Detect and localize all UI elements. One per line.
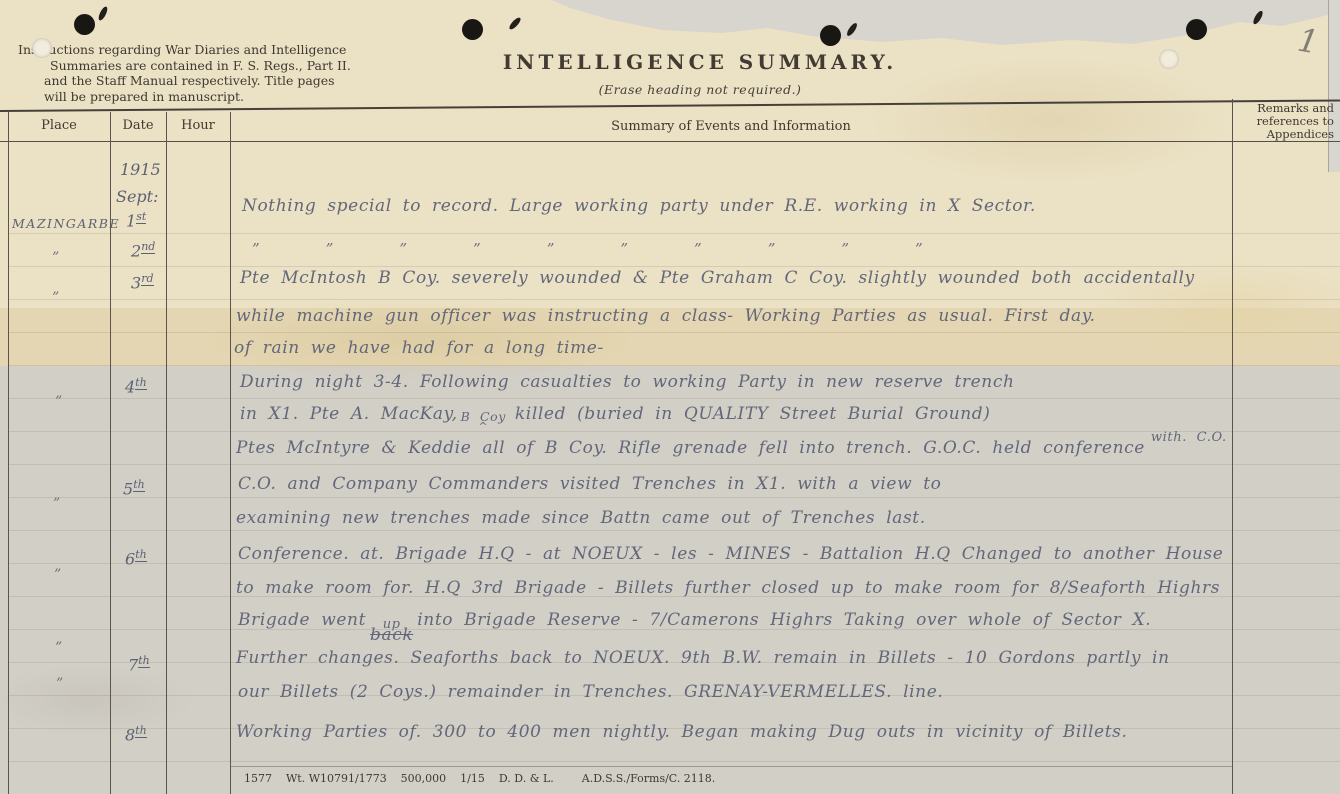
date-entry: 2nd — [131, 241, 155, 260]
column-header-remarks: Remarks and references to Appendices — [1236, 102, 1334, 141]
place-ditto: ” — [53, 496, 60, 512]
diary-entry-sept6: Conference. at. Brigade H.Q - at NOEUX -… — [238, 544, 1223, 564]
diary-entry-sept4: in X1. Pte A. MacKay,B Coy^killed (burie… — [240, 404, 991, 432]
date-entry: 3rd — [131, 273, 154, 292]
instructions-line: Summaries are contained in F. S. Regs., … — [50, 58, 398, 74]
place-ditto: ” — [55, 640, 62, 656]
remarks-line: Appendices — [1236, 128, 1334, 141]
hole-punch-mark — [1186, 19, 1207, 40]
place-ditto: ” — [56, 676, 63, 692]
correction: upback — [370, 619, 413, 641]
insertion-text: with. C.O. — [1151, 430, 1227, 445]
diary-entry-sept5: examining new trenches made since Battn … — [236, 508, 926, 528]
punched-hole — [1159, 49, 1179, 69]
place-ditto: ” — [55, 394, 62, 410]
instructions-line: will be prepared in manuscript. — [44, 89, 398, 105]
form-imprint: 1577 Wt. W10791/1773 500,000 1/15 D. D. … — [244, 772, 715, 785]
date-suffix: th — [135, 548, 147, 562]
place-entry: MAZINGARBE — [12, 216, 120, 231]
date-num: 5 — [123, 479, 133, 498]
diary-entry-sept2-dittos: ” ” ” ” ” ” ” ” ” ” — [252, 240, 923, 258]
diary-entry-sept7: Further changes. Seaforths back to NOEUX… — [236, 648, 1170, 668]
footer-rule — [230, 766, 1232, 767]
ditto-mark: ” — [399, 240, 407, 258]
date-num: 4 — [125, 377, 135, 396]
date-num: 2 — [131, 241, 141, 260]
diary-entry-sept6: to make room for. H.Q 3rd Brigade - Bill… — [236, 578, 1220, 598]
table-left-border — [8, 112, 9, 794]
place-date-divider — [110, 112, 111, 794]
diary-entry-sept8: Working Parties of. 300 to 400 men night… — [236, 722, 1127, 742]
insertion-caret: ^ — [478, 422, 488, 432]
diary-entry-sept3: of rain we have had for a long time- — [234, 338, 604, 358]
entry-text: into Brigade Reserve - 7/Camerons Highrs… — [417, 610, 1151, 630]
header-bottom-rule — [0, 141, 1340, 142]
page-edge-strip — [1328, 0, 1340, 172]
date-num: 6 — [125, 549, 135, 568]
date-num: 1 — [126, 211, 136, 230]
date-entry: 5th — [123, 479, 145, 498]
entry-text: killed (buried in QUALITY Street Burial … — [515, 404, 991, 424]
hour-summary-divider — [230, 112, 231, 794]
entry-text: Ptes McIntyre & Keddie all of B Coy. Rif… — [236, 438, 1145, 458]
column-header-place: Place — [8, 118, 110, 133]
date-month: Sept: — [116, 187, 159, 206]
ditto-mark: ” — [547, 240, 555, 258]
ditto-mark: ” — [694, 240, 702, 258]
date-suffix: nd — [141, 240, 155, 254]
diary-entry-sept4: During night 3-4. Following casualties t… — [240, 372, 1015, 392]
page-subtitle: (Erase heading not required.) — [420, 82, 980, 97]
diary-entry-sept1: Nothing special to record. Large working… — [242, 196, 1036, 216]
place-ditto: ” — [54, 567, 61, 583]
instructions-line: and the Staff Manual respectively. Title… — [44, 73, 398, 89]
diary-entry-sept3: Pte McIntosh B Coy. severely wounded & P… — [240, 268, 1195, 288]
date-num: 7 — [128, 655, 138, 674]
ditto-mark: ” — [620, 240, 628, 258]
punched-hole — [32, 38, 52, 58]
ditto-mark: ” — [326, 240, 334, 258]
summary-remarks-divider — [1232, 99, 1233, 794]
column-header-date: Date — [110, 118, 166, 133]
handwritten-page-number: 1 — [1295, 21, 1322, 62]
date-entry: 7th — [128, 655, 150, 674]
ditto-mark: ” — [473, 240, 481, 258]
column-header-hour: Hour — [166, 118, 230, 133]
hole-punch-mark — [462, 19, 483, 40]
date-num: 3 — [131, 273, 141, 292]
page-title: INTELLIGENCE SUMMARY. — [420, 50, 980, 74]
date-entry: 6th — [125, 549, 147, 568]
interlinear-insertion: B Coy^ — [461, 412, 506, 432]
war-diary-page: { "page": { "number": "1" }, "form": { "… — [0, 0, 1340, 794]
ditto-mark: ” — [915, 240, 923, 258]
ditto-mark: ” — [252, 240, 260, 258]
hole-punch-mark — [74, 14, 95, 35]
hole-punch-mark — [820, 25, 841, 46]
date-hour-divider — [166, 112, 167, 794]
instructions-note: Instructions regarding War Diaries and I… — [18, 42, 398, 104]
diary-entry-sept4: Ptes McIntyre & Keddie all of B Coy. Rif… — [236, 438, 1227, 458]
date-suffix: st — [136, 210, 146, 224]
date-entry: 1st — [126, 211, 146, 230]
date-suffix: th — [138, 654, 150, 668]
date-suffix: th — [133, 478, 145, 492]
struck-text: back — [370, 630, 413, 641]
diary-entry-sept3: while machine gun officer was instructin… — [236, 306, 1096, 326]
staple-mark — [508, 16, 522, 32]
date-num: 8 — [125, 725, 135, 744]
ditto-mark: ” — [841, 240, 849, 258]
date-entry: 4th — [125, 377, 147, 396]
place-ditto: ” — [52, 250, 59, 266]
entry-text: in X1. Pte A. MacKay, — [240, 404, 458, 424]
entry-text: Brigade went — [238, 610, 366, 630]
instructions-line: Instructions regarding War Diaries and I… — [18, 42, 398, 58]
date-year: 1915 — [120, 160, 161, 179]
date-suffix: th — [135, 376, 147, 390]
diary-entry-sept7: our Billets (2 Coys.) remainder in Trenc… — [238, 682, 943, 702]
date-suffix: rd — [141, 272, 153, 286]
torn-paper-edge — [552, 0, 1340, 52]
diary-entry-sept6: Brigade wentupbackinto Brigade Reserve -… — [238, 610, 1151, 641]
ditto-mark: ” — [768, 240, 776, 258]
diary-entry-sept5: C.O. and Company Commanders visited Tren… — [238, 474, 942, 494]
column-header-summary: Summary of Events and Information — [230, 119, 1232, 134]
staple-mark — [97, 5, 108, 21]
date-entry: 8th — [125, 725, 147, 744]
place-ditto: ” — [52, 290, 59, 306]
date-suffix: th — [135, 724, 147, 738]
